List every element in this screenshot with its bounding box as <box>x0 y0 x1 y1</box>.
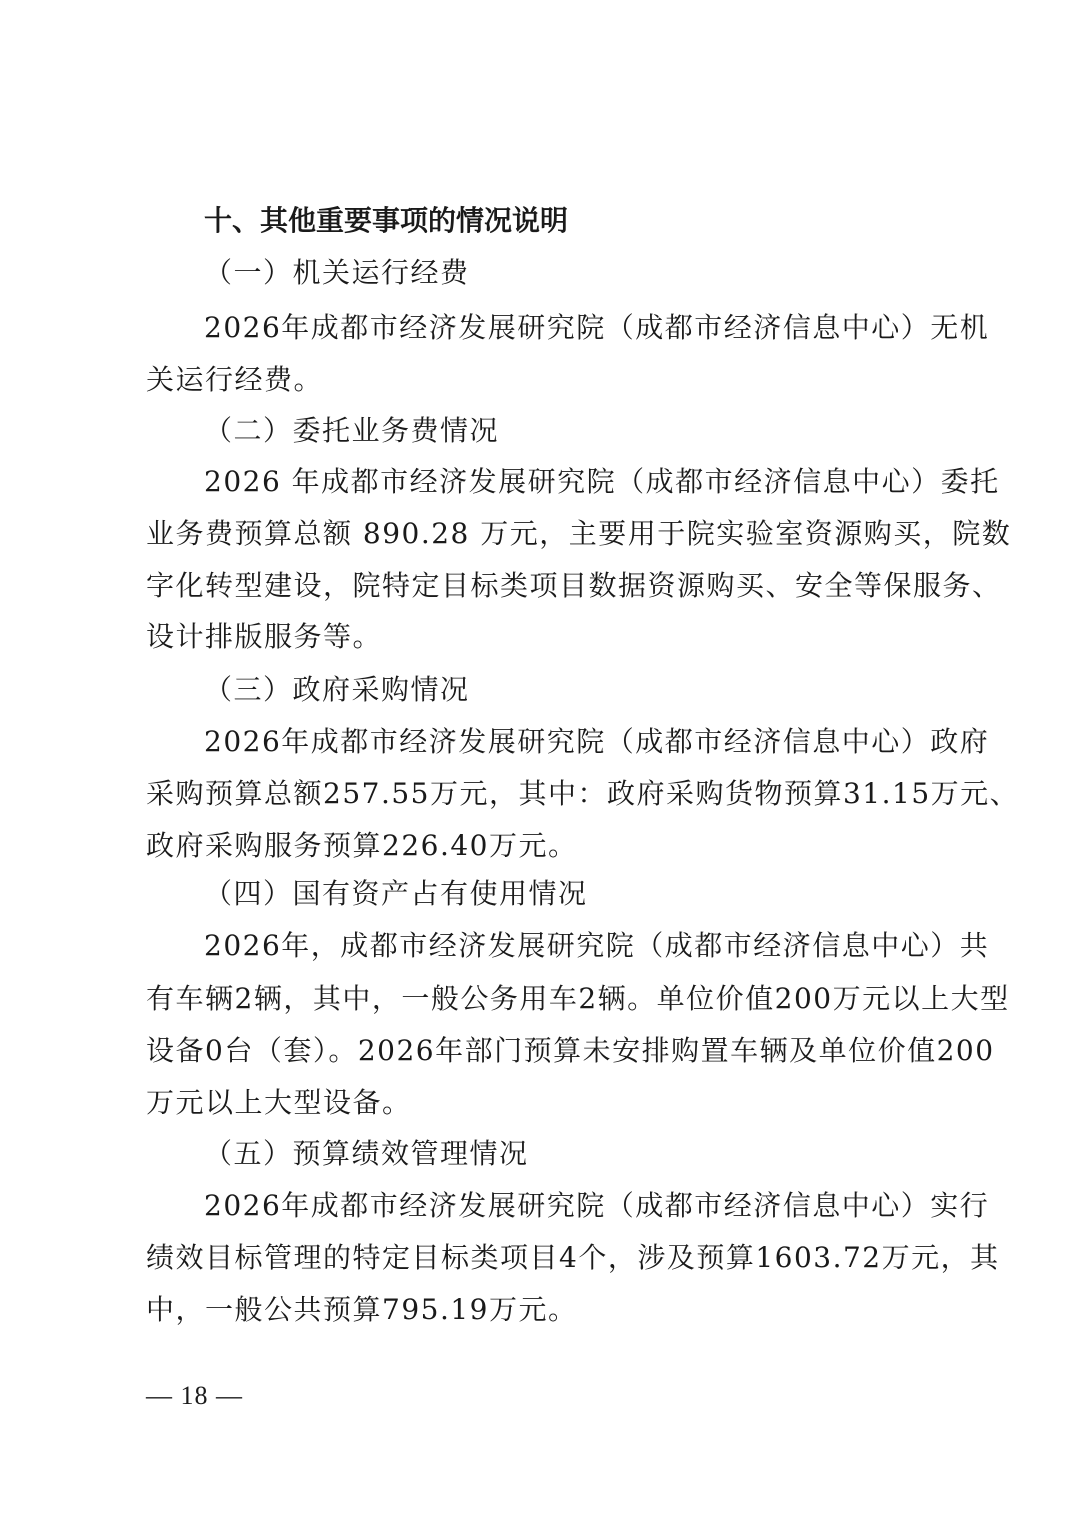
paragraph-line: 2026年成都市经济发展研究院（成都市经济信息中心）实行 <box>204 1192 946 1220</box>
paragraph-line: 业务费预算总额 890.28 万元，主要用于院实验室资源购买，院数 <box>146 520 946 548</box>
subsection-heading-4: （四）国有资产占有使用情况 <box>204 880 1004 908</box>
subsection-heading-2: （二）委托业务费情况 <box>204 417 1004 445</box>
paragraph-line: 采购预算总额257.55万元，其中：政府采购货物预算31.15万元、 <box>146 780 946 808</box>
paragraph-line: 设计排版服务等。 <box>146 623 946 651</box>
paragraph-line: 设备0台（套）。2026年部门预算未安排购置车辆及单位价值200 <box>146 1037 946 1065</box>
document-page: 十、其他重要事项的情况说明 （一）机关运行经费 2026年成都市经济发展研究院（… <box>0 0 1080 1527</box>
paragraph-line: 2026年成都市经济发展研究院（成都市经济信息中心）无机 <box>204 314 946 342</box>
subsection-heading-5: （五）预算绩效管理情况 <box>204 1140 1004 1168</box>
subsection-heading-3: （三）政府采购情况 <box>204 676 1004 704</box>
paragraph-line: 2026年成都市经济发展研究院（成都市经济信息中心）政府 <box>204 728 946 756</box>
page-number: — 18 — <box>146 1381 243 1411</box>
paragraph-line: 政府采购服务预算226.40万元。 <box>146 832 946 860</box>
paragraph-line: 有车辆2辆，其中，一般公务用车2辆。单位价值200万元以上大型 <box>146 985 946 1013</box>
paragraph-line: 关运行经费。 <box>146 366 946 394</box>
paragraph-line: 字化转型建设，院特定目标类项目数据资源购买、安全等保服务、 <box>146 572 946 600</box>
paragraph-line: 2026 年成都市经济发展研究院（成都市经济信息中心）委托 <box>204 468 946 496</box>
paragraph-line: 绩效目标管理的特定目标类项目4个，涉及预算1603.72万元，其 <box>146 1244 946 1272</box>
paragraph-line: 万元以上大型设备。 <box>146 1089 946 1117</box>
subsection-heading-1: （一）机关运行经费 <box>204 259 1004 287</box>
section-title: 十、其他重要事项的情况说明 <box>204 207 1004 235</box>
paragraph-line: 2026年，成都市经济发展研究院（成都市经济信息中心）共 <box>204 932 946 960</box>
paragraph-line: 中，一般公共预算795.19万元。 <box>146 1296 946 1324</box>
